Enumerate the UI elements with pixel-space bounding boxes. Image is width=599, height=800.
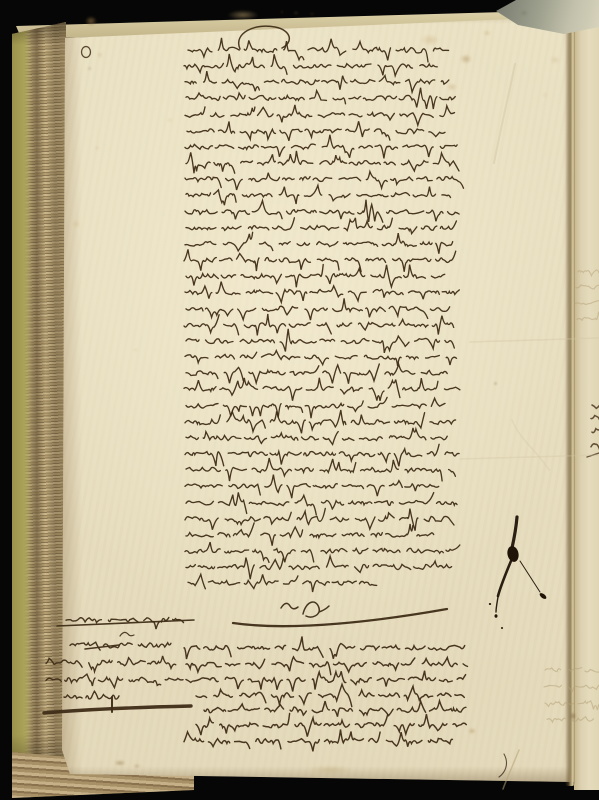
stain [208, 498, 212, 502]
stain [88, 67, 91, 70]
stain [133, 764, 141, 768]
stain [72, 220, 80, 228]
stain [310, 12, 314, 16]
stain [308, 765, 352, 775]
stain [520, 10, 528, 16]
stain [85, 16, 97, 26]
stain [542, 92, 548, 98]
stain [447, 83, 457, 91]
next-page-edge [574, 14, 599, 790]
manuscript-photo [0, 0, 599, 800]
manuscript-page [62, 12, 574, 784]
stain [293, 11, 299, 15]
stain [97, 52, 103, 58]
stain [494, 382, 497, 385]
stain [227, 10, 259, 20]
stain [550, 56, 560, 64]
stain [167, 118, 173, 122]
page-fold-line [565, 16, 575, 786]
stain [280, 10, 284, 14]
stain [460, 54, 472, 64]
stain [570, 712, 576, 720]
stain [420, 34, 440, 46]
stain [468, 728, 476, 734]
stain [483, 30, 491, 36]
stain [95, 146, 99, 150]
stain [133, 348, 138, 352]
stain [114, 760, 126, 766]
book-fore-edge [12, 22, 66, 788]
